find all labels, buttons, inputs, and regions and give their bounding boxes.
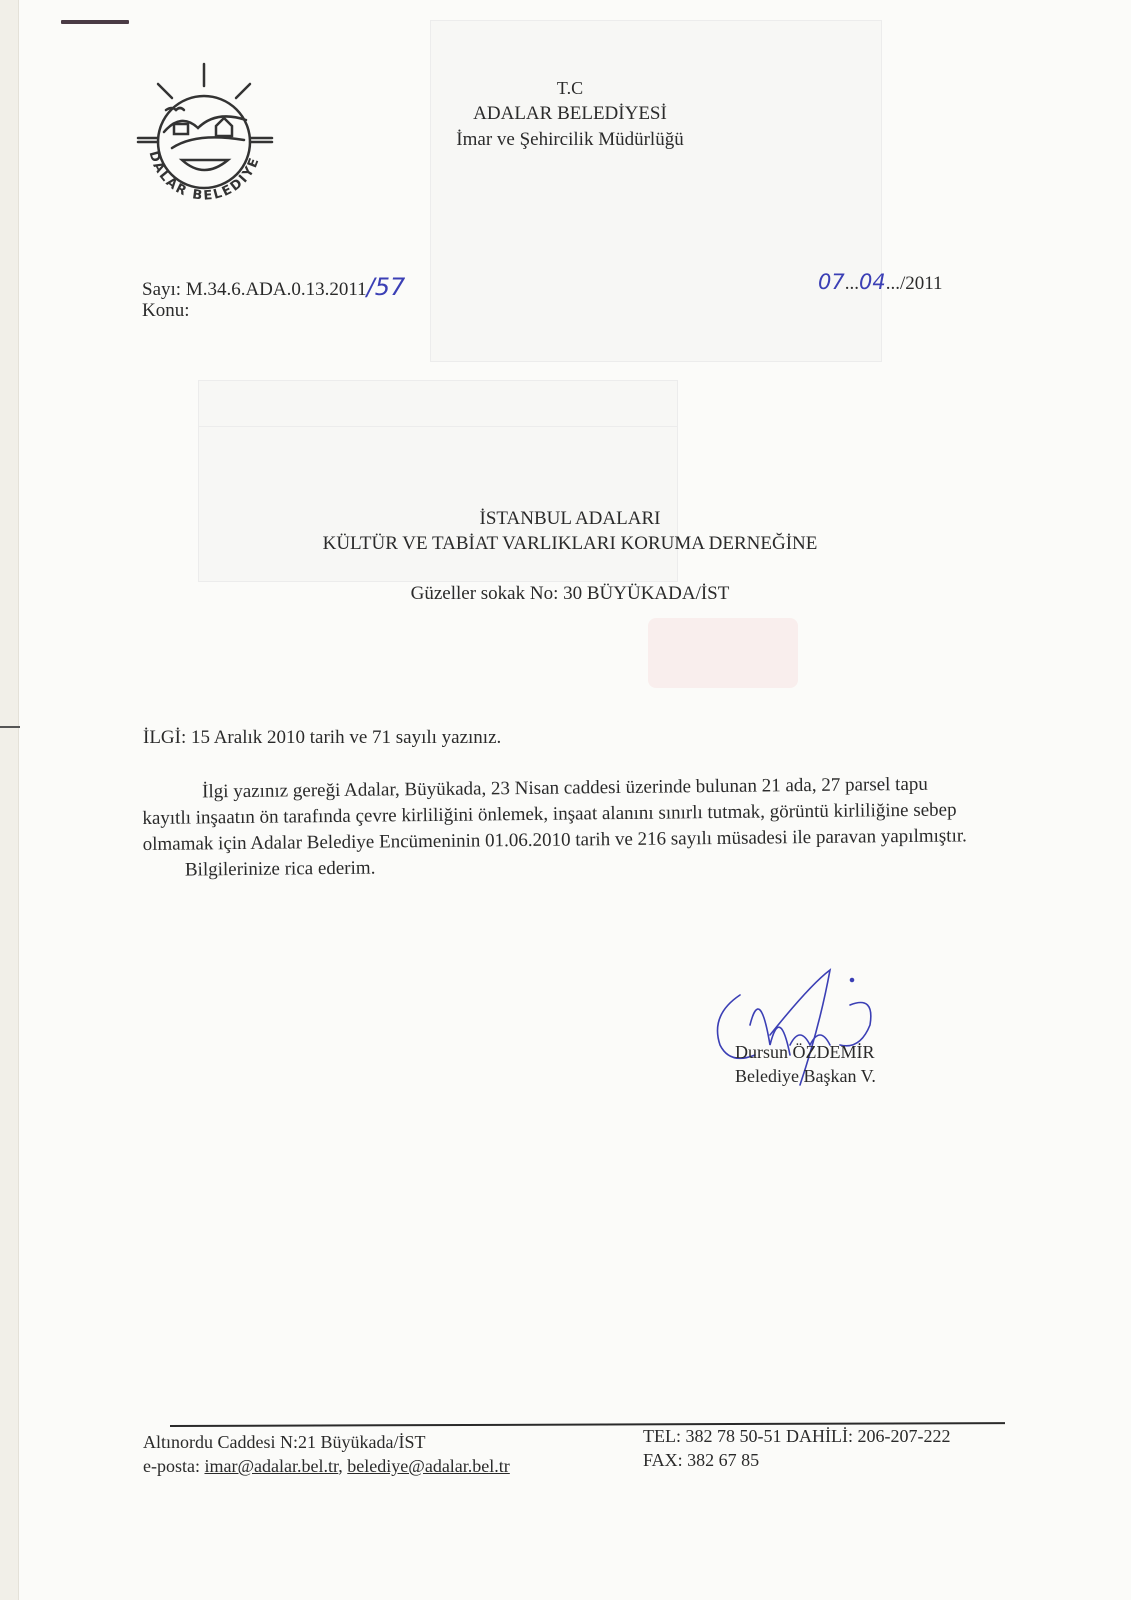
- footer-tel: TEL: 382 78 50-51 DAHİLİ: 206-207-222: [643, 1424, 950, 1448]
- subject-line: Konu:: [142, 299, 190, 323]
- municipality-logo-icon: ADALAR BELEDİYESİ: [136, 62, 276, 212]
- punch-mark: [61, 20, 129, 24]
- reference-number: Sayı: M.34.6.ADA.0.13.2011/57: [142, 275, 405, 302]
- svg-text:ADALAR BELEDİYESİ: ADALAR BELEDİYESİ: [136, 62, 263, 204]
- municipality-name: ADALAR BELEDİYESİ: [420, 101, 720, 127]
- letterhead: T.C ADALAR BELEDİYESİ İmar ve Şehircilik…: [420, 75, 720, 153]
- republic-label: T.C: [420, 75, 720, 101]
- signer-name: Dursun ÖZDEMİR: [735, 1040, 876, 1064]
- scan-edge: [0, 0, 19, 1600]
- fold-mark: [0, 726, 20, 728]
- email-link-belediye[interactable]: belediye@adalar.bel.tr: [347, 1456, 510, 1476]
- letter-date: 07...04.../2011: [818, 270, 943, 296]
- footer-address: Altınordu Caddesi N:21 Büyükada/İST: [143, 1430, 510, 1454]
- letter-body: İlgi yazınız gereği Adalar, Büyükada, 23…: [142, 771, 973, 884]
- handwritten-number: /57: [367, 273, 406, 301]
- addressee-address: Güzeller sokak No: 30 BÜYÜKADA/İST: [260, 582, 880, 606]
- show-through-stamp: [648, 618, 798, 688]
- reference-ilgi: İLGİ: 15 Aralık 2010 tarih ve 71 sayılı …: [143, 726, 501, 750]
- footer-contact: Altınordu Caddesi N:21 Büyükada/İST e-po…: [143, 1430, 510, 1478]
- show-through-reverse: [430, 20, 882, 362]
- signer-block: Dursun ÖZDEMİR Belediye Başkan V.: [735, 1040, 876, 1088]
- email-link-imar[interactable]: imar@adalar.bel.tr: [204, 1456, 338, 1476]
- addressee: İSTANBUL ADALARI KÜLTÜR VE TABİAT VARLIK…: [260, 506, 880, 556]
- department-name: İmar ve Şehircilik Müdürlüğü: [420, 127, 720, 153]
- footer-phone: TEL: 382 78 50-51 DAHİLİ: 206-207-222 FA…: [643, 1424, 950, 1472]
- footer-fax: FAX: 382 67 85: [643, 1448, 950, 1472]
- body-paragraph: İlgi yazınız gereği Adalar, Büyükada, 23…: [142, 771, 973, 858]
- signer-title: Belediye Başkan V.: [735, 1064, 876, 1088]
